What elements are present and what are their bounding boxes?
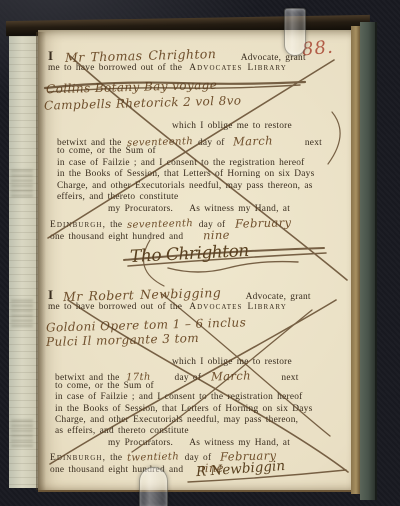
entry1-opening-i: I <box>48 48 53 63</box>
entry1-borrowed-line: me to have borrowed out of the Advocates… <box>48 63 287 73</box>
entry2-borrowed-text: me to have borrowed out of the <box>48 302 182 312</box>
entry2-legal-line: as effeirs, and thereto constitute <box>55 426 189 436</box>
entry2-book-line: Pulci Il morgante 3 tom <box>46 331 199 349</box>
entry2-return-month: March <box>211 368 251 383</box>
entry1-legal-line: effeirs, and thereto constitute <box>57 192 178 202</box>
folio-number: 88. <box>301 37 334 61</box>
entry1-book-line: Campbells Rhetorick 2 vol 8vo <box>44 94 241 112</box>
entry2-advocate-grant: Advocate, grant <box>246 292 311 302</box>
book-cover-edge <box>360 22 377 500</box>
facing-page-showthrough <box>11 420 33 450</box>
entry1-legal-line: in the Books of Session, that Letters of… <box>57 169 315 179</box>
entry2-next-label: next <box>281 373 298 383</box>
photographed-book-page: 88. I Mr Thomas Chrighton Advocate, gran… <box>0 0 400 506</box>
entry1-witness-line: my Procurators. As witness my Hand, at <box>108 204 290 214</box>
page-fore-edge <box>351 26 360 494</box>
entry1-legal-line: in case of Failzie ; and I consent to th… <box>57 158 305 168</box>
entry1-sum-line: to come, or the Sum of <box>57 146 156 156</box>
entry1-signing-month: February <box>234 215 291 230</box>
glass-page-weight-top <box>284 8 306 56</box>
facing-page-showthrough <box>11 300 33 330</box>
entry1-library-name: Advocates Library <box>189 63 287 73</box>
entry2-legal-line: Charge, and other Executorials needful, … <box>55 415 298 425</box>
entry2-library-name: Advocates Library <box>189 302 287 312</box>
entry1-legal-line: Charge, and other Executorials needful, … <box>57 181 313 191</box>
entry2-opening-i: I <box>48 287 53 302</box>
entry1-next-label: next <box>305 138 322 148</box>
facing-page-showthrough <box>11 170 33 200</box>
entry2-witness-line: my Procurators. As witness my Hand, at <box>108 438 290 448</box>
entry2-sum-line: to come, or the Sum of <box>55 381 154 391</box>
entry1-return-month: March <box>233 133 273 148</box>
entry1-opening-line: I Mr Thomas Chrighton Advocate, grant <box>48 48 306 64</box>
entry1-oblige-line: which I oblige me to restore <box>172 121 292 131</box>
entry1-year-word: nine <box>203 228 230 243</box>
entry1-borrowed-text: me to have borrowed out of the <box>48 63 182 73</box>
entry2-borrowed-line: me to have borrowed out of the Advocates… <box>48 302 287 312</box>
entry1-year-line: one thousand eight hundred and nine <box>50 228 230 242</box>
entry2-legal-line: in the Books of Session, that Letters of… <box>55 404 313 414</box>
entry2-opening-line: I Mr Robert Newbigging Advocate, grant <box>48 287 311 303</box>
glass-page-weight-bottom <box>139 467 168 506</box>
entry2-oblige-line: which I oblige me to restore <box>172 357 292 367</box>
entry2-legal-line: in case of Failzie ; and I consent to th… <box>55 392 303 402</box>
